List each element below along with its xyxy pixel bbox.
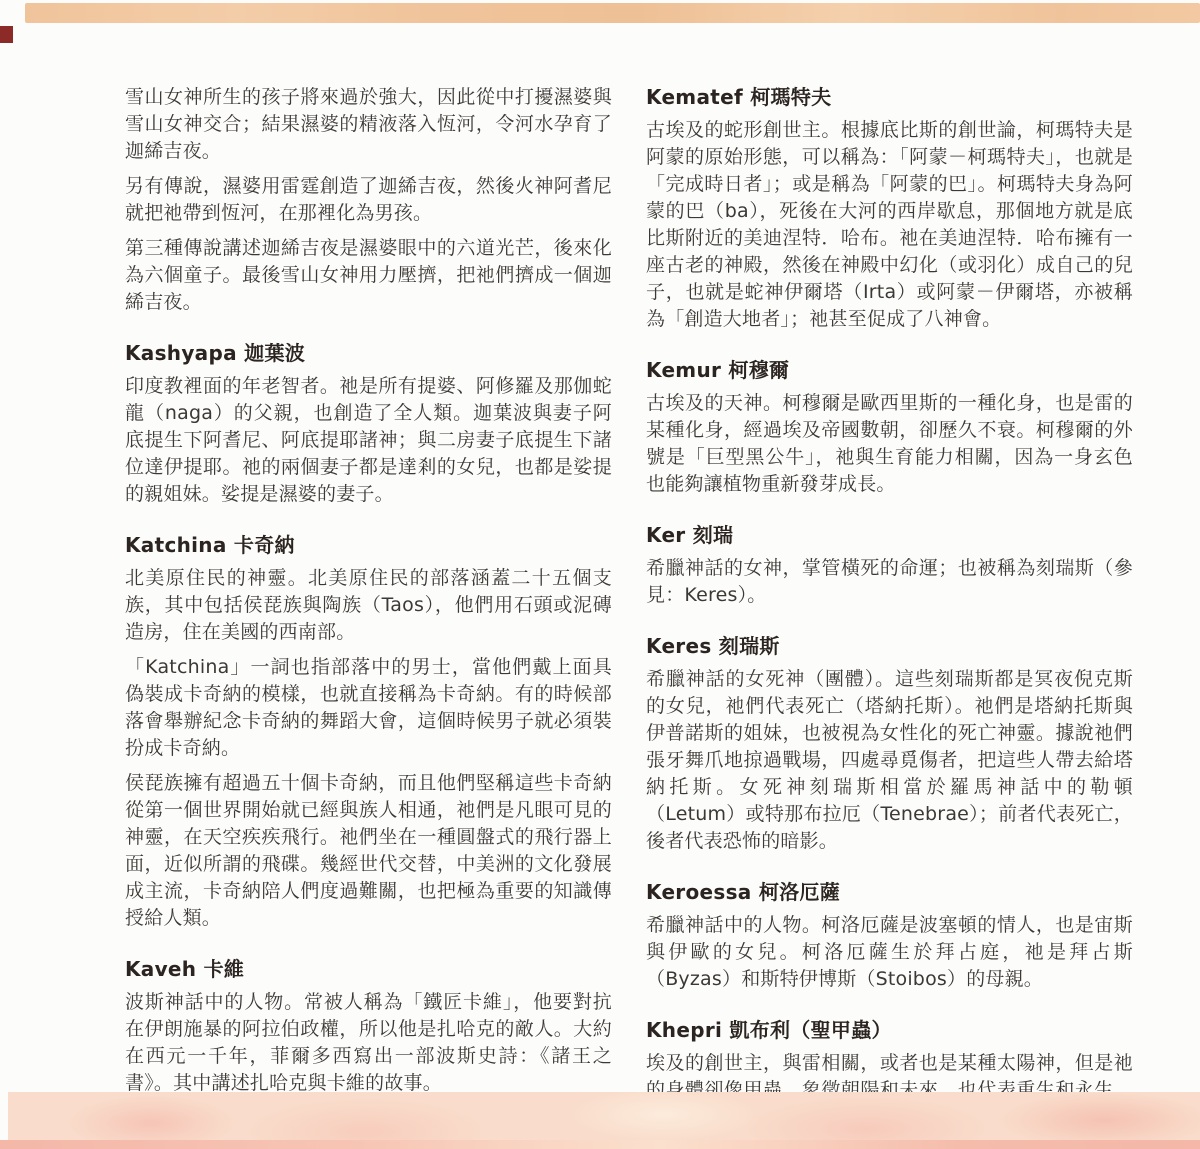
entry-heading: Kemur 柯穆爾 — [646, 357, 1133, 384]
entry-paragraph: 波斯神話中的人物。常被人稱為「鐵匠卡維」，他要對抗在伊朗施暴的阿拉伯政權，所以他… — [125, 989, 612, 1097]
entry-heading: Keroessa 柯洛厄薩 — [646, 879, 1133, 906]
entry-paragraph: 侯琵族擁有超過五十個卡奇納，而且他們堅稱這些卡奇納從第一個世界開始就已經與族人相… — [125, 770, 612, 932]
entry-paragraph: 北美原住民的神靈。北美原住民的部落涵蓋二十五個支族，其中包括侯琵族與陶族（Tao… — [125, 565, 612, 646]
dictionary-entry: Kaveh 卡維波斯神話中的人物。常被人稱為「鐵匠卡維」，他要對抗在伊朗施暴的阿… — [125, 956, 612, 1097]
scanned-book-page: 雪山女神所生的孩子將來過於強大，因此從中打擾濕婆與雪山女神交合；結果濕婆的精液落… — [0, 0, 1200, 1149]
entry-paragraph: 古埃及的天神。柯穆爾是歐西里斯的一種化身，也是雷的某種化身，經過埃及帝國數朝，卻… — [646, 390, 1133, 498]
entry-paragraph: 印度教裡面的年老智者。祂是所有提婆、阿修羅及那伽蛇龍（naga）的父親，也創造了… — [125, 373, 612, 508]
dictionary-entry: Ker 刻瑞希臘神話的女神，掌管橫死的命運；也被稱為刻瑞斯（參見：Keres）。 — [646, 522, 1133, 609]
entry-paragraph: 古埃及的蛇形創世主。根據底比斯的創世論，柯瑪特夫是阿蒙的原始形態，可以稱為：「阿… — [646, 117, 1133, 333]
entry-heading: Keres 刻瑞斯 — [646, 633, 1133, 660]
entry-paragraph: 希臘神話的女死神（團體）。這些刻瑞斯都是冥夜倪克斯的女兒，祂們代表死亡（塔納托斯… — [646, 666, 1133, 855]
dictionary-entry: Keroessa 柯洛厄薩希臘神話中的人物。柯洛厄薩是波塞頓的情人，也是宙斯與伊… — [646, 879, 1133, 993]
entry-paragraph: 希臘神話的女神，掌管橫死的命運；也被稱為刻瑞斯（參見：Keres）。 — [646, 555, 1133, 609]
dictionary-entry: Kematef 柯瑪特夫古埃及的蛇形創世主。根據底比斯的創世論，柯瑪特夫是阿蒙的… — [646, 84, 1133, 333]
entry-heading: Khepri 凱布利（聖甲蟲） — [646, 1017, 1133, 1044]
right-column: Kematef 柯瑪特夫古埃及的蛇形創世主。根據底比斯的創世論，柯瑪特夫是阿蒙的… — [646, 84, 1133, 1131]
entry-paragraph: 希臘神話中的人物。柯洛厄薩是波塞頓的情人，也是宙斯與伊歐的女兒。柯洛厄薩生於拜占… — [646, 912, 1133, 993]
dictionary-entry: Kemur 柯穆爾古埃及的天神。柯穆爾是歐西里斯的一種化身，也是雷的某種化身，經… — [646, 357, 1133, 498]
entry-paragraph: 第三種傳說講述迦絺吉夜是濕婆眼中的六道光芒，後來化為六個童子。最後雪山女神用力壓… — [125, 235, 612, 316]
page-top-border-strip — [25, 3, 1200, 23]
dictionary-entry: Keres 刻瑞斯希臘神話的女死神（團體）。這些刻瑞斯都是冥夜倪克斯的女兒，祂們… — [646, 633, 1133, 855]
dictionary-entry: Kashyapa 迦葉波印度教裡面的年老智者。祂是所有提婆、阿修羅及那伽蛇龍（n… — [125, 340, 612, 508]
entry-heading: Kematef 柯瑪特夫 — [646, 84, 1133, 111]
red-corner-mark — [0, 26, 13, 43]
entry-heading: Kaveh 卡維 — [125, 956, 612, 983]
entry-heading: Ker 刻瑞 — [646, 522, 1133, 549]
entry-paragraph: 雪山女神所生的孩子將來過於強大，因此從中打擾濕婆與雪山女神交合；結果濕婆的精液落… — [125, 84, 612, 165]
entry-paragraph: 另有傳說，濕婆用雷霆創造了迦絺吉夜，然後火神阿耆尼就把祂帶到恆河，在那裡化為男孩… — [125, 173, 612, 227]
entry-paragraph: 「Katchina」一詞也指部落中的男士，當他們戴上面具偽裝成卡奇納的模樣，也就… — [125, 654, 612, 762]
entry-heading: Kashyapa 迦葉波 — [125, 340, 612, 367]
left-column: 雪山女神所生的孩子將來過於強大，因此從中打擾濕婆與雪山女神交合；結果濕婆的精液落… — [125, 84, 612, 1131]
page-content: 雪山女神所生的孩子將來過於強大，因此從中打擾濕婆與雪山女神交合；結果濕婆的精液落… — [125, 84, 1133, 1131]
entry-heading: Katchina 卡奇納 — [125, 532, 612, 559]
dictionary-entry: Katchina 卡奇納北美原住民的神靈。北美原住民的部落涵蓋二十五個支族，其中… — [125, 532, 612, 932]
dictionary-entry: 雪山女神所生的孩子將來過於強大，因此從中打擾濕婆與雪山女神交合；結果濕婆的精液落… — [125, 84, 612, 316]
page-bottom-edge-strip — [0, 1140, 1200, 1149]
